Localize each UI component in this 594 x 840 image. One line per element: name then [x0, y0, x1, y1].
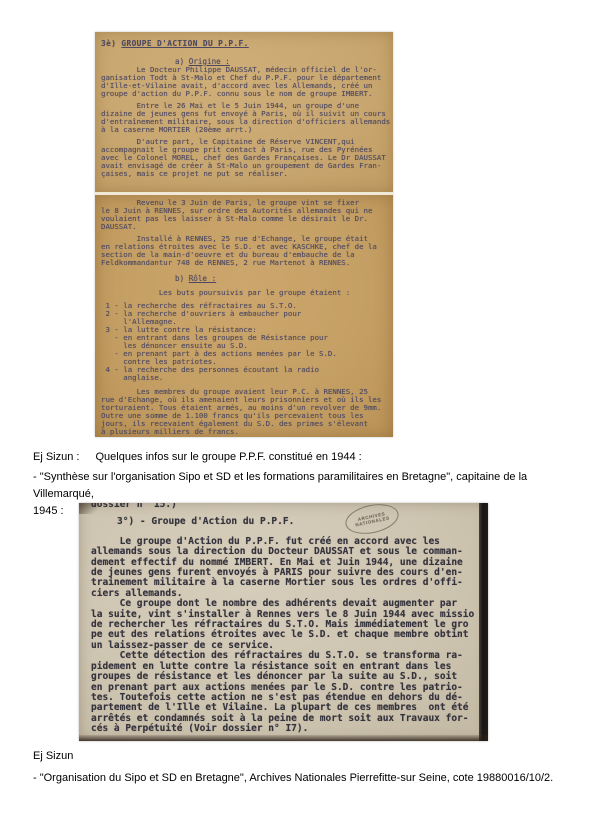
- scan-image-ppf-origine: 3è) GROUPE D'ACTION DU P.P.F. a) Origine…: [95, 32, 393, 437]
- scan1-paragraph: Les membres du groupe avaient leur P.C. …: [101, 388, 387, 436]
- scan1-heading: 3è) GROUPE D'ACTION DU P.P.F.: [101, 40, 387, 48]
- source-reference-2: - "Organisation du Sipo et SD en Bretagn…: [33, 770, 578, 787]
- scan1-paragraph: Installé à RENNES, 25 rue d'Echange, le …: [101, 235, 387, 267]
- scan2-paragraph: Le groupe d'Action du P.P.F. fut créé en…: [91, 537, 478, 599]
- scan1-heading-number: 3è): [101, 39, 121, 48]
- document-page: 3è) GROUPE D'ACTION DU P.P.F. a) Origine…: [0, 0, 594, 840]
- scan2-clipped-top-line: dossier n° 15.): [91, 503, 478, 510]
- author-label-2: Ej Sizun: [33, 748, 73, 765]
- scan2-paragraph: Cette détection des réfractaires du S.T.…: [91, 651, 478, 734]
- scan1-paragraph: D'autre part, le Capitaine de Réserve VI…: [101, 138, 387, 178]
- scan2-corner-smudge: [79, 503, 105, 514]
- scan2-bottom-shadow: [79, 735, 488, 741]
- author-label-1: Ej Sizun :: [33, 451, 79, 463]
- scan1-paragraph: Entre le 26 Mai et le 5 Juin 1944, un gr…: [101, 102, 387, 134]
- sub-b-prefix: b): [175, 274, 189, 283]
- scan2-paragraph: Ce groupe dont le nombre des adhérents d…: [91, 599, 478, 651]
- scan1-goals-list: 1 - la recherche des réfractaires au S.T…: [101, 302, 387, 382]
- scan2-heading: 3°) - Groupe d'Action du P.P.F.: [91, 517, 478, 527]
- scan1-subheading-role: b) Rôle :: [175, 275, 387, 283]
- caption-intro-text: Quelques infos sur le groupe P.P.F. cons…: [95, 451, 361, 463]
- scan1-heading-title: GROUPE D'ACTION DU P.P.F.: [121, 39, 248, 48]
- scan-image-ppf-groupe-action: dossier n° 15.) 3°) - Groupe d'Action du…: [79, 503, 488, 741]
- scan2-dark-page-edge: [479, 503, 488, 741]
- scan1-paragraph: Revenu le 3 Juin de Paris, le groupe vin…: [101, 199, 387, 231]
- scan1-lower-section: Revenu le 3 Juin de Paris, le groupe vin…: [95, 195, 393, 437]
- scan1-upper-section: 3è) GROUPE D'ACTION DU P.P.F. a) Origine…: [95, 32, 393, 192]
- scan1-paragraph: Le Docteur Philippe DAUSSAT, médecin off…: [101, 66, 387, 98]
- scan1-list-intro: Les buts poursuivis par le groupe étaien…: [101, 289, 387, 297]
- sub-b-label: Rôle :: [189, 274, 216, 283]
- caption-line-1: Ej Sizun :Quelques infos sur le groupe P…: [33, 449, 362, 466]
